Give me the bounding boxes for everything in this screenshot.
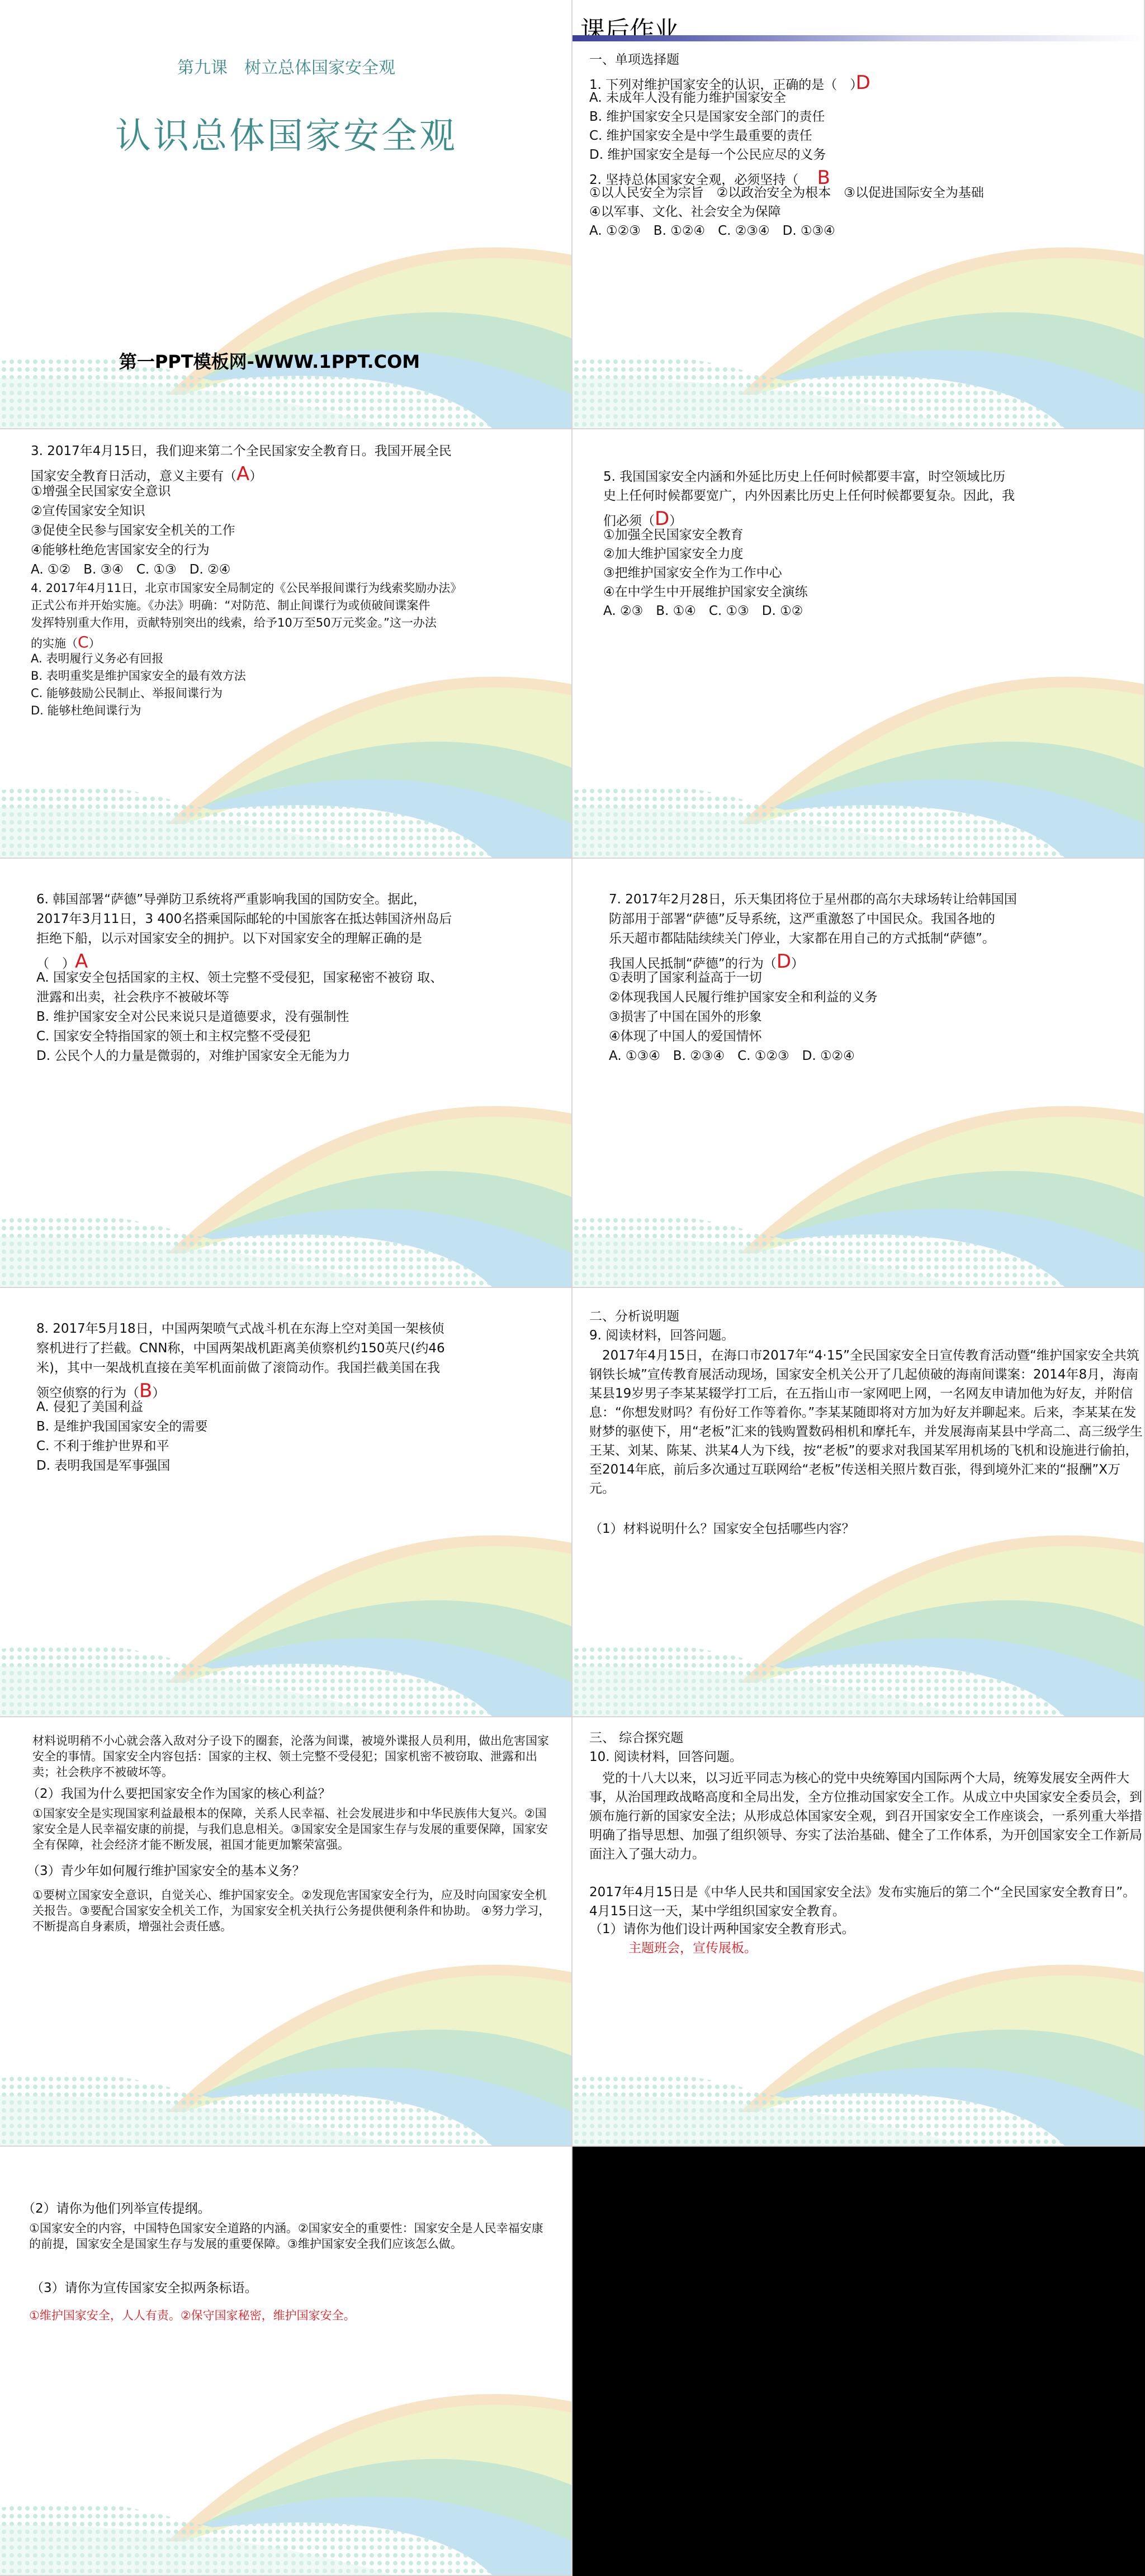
answer-1: 材料说明稍不小心就会落入敌对分子设下的圈套，沦落为间谍，被境外谍报人员利用，做出… [32,1733,558,1780]
answer-mark: D [856,72,870,94]
answer-2: ①国家安全的内容，中国特色国家安全道路的内涵。②国家安全的重要性：国家安全是人民… [29,2220,555,2252]
question-7-line-4: 我国人民抵制“萨德”的行为（D） [609,950,804,973]
slide-q9-answers[interactable]: 材料说明稍不小心就会落入敌对分子设下的圈套，沦落为间谍，被境外谍报人员利用，做出… [0,1717,572,2147]
option-c: C. 维护国家安全是中学生最重要的责任 [589,129,812,144]
question-stem: 国家安全教育日活动，意义主要有（ [31,469,236,484]
statement-2: ②宣传国家安全知识 [31,504,145,519]
question-stem: 领空侦察的行为（ [36,1386,139,1400]
slide-q10-material[interactable]: 三、 综合探究题 10. 阅读材料，回答问题。 党的十八大以来，以习近平同志为核… [572,1717,1145,2147]
reading-material: 2017年4月15日，在海口市2017年“4·15”全民国家安全日宣传教育活动暨… [589,1346,1143,1498]
answer-3: ①要树立国家安全意识，自觉关心、维护国家安全。②发现危害国家安全行为，应及时向国… [32,1887,558,1934]
paren-close: ） [89,637,101,650]
answer-mark: B [139,1380,152,1402]
slide-q5[interactable]: 5. 我国国家安全内涵和外延比历史上任何时候都要丰富，时空领域比历 史上任何时候… [572,429,1145,859]
sub-question-2: （2）请你为他们列举宣传提纲。 [22,2201,211,2217]
question-stem: （ ） [36,956,75,971]
question-7-line-1: 7. 2017年2月28日，乐天集团将位于星州郡的高尔夫球场转让给韩国国 [609,892,1017,908]
statement-3: ③损害了中国在国外的形象 [609,1010,762,1025]
option-a: A. 侵犯了美国利益 [36,1400,143,1415]
question-stem: 的实施（ [31,637,78,650]
option-a: A. 未成年人没有能力维护国家安全 [589,91,786,106]
question-7-line-2: 防部用于部署“萨德”反导系统，这严重激怒了中国民众。我国各地的 [609,912,995,927]
answer-mark: D [777,950,791,973]
question-4-line-2: 正式公布并开始实施。《办法》明确：“对防范、制止间谍行为或侦破间谍案件 [31,599,430,613]
question-10-title: 10. 阅读材料，回答问题。 [589,1750,742,1765]
choices: A. ①② B. ③④ C. ①③ D. ②④ [31,562,230,578]
question-3-line-1: 3. 2017年4月15日，我们迎来第二个全民国家安全教育日。我国开展全民 [31,444,452,460]
option-d: D. 能够杜绝间谍行为 [31,704,141,718]
question-stem: 我国人民抵制“萨德”的行为（ [609,956,777,971]
choices: A. ②③ B. ①④ C. ①③ D. ①② [603,604,803,619]
statement-4: ④体现了中国人的爱国情怀 [609,1029,762,1045]
statement-4: ④以军事、文化、社会安全为保障 [589,205,781,220]
question-stem: 们必须（ [603,514,655,528]
reading-material-2: 2017年4月15日是《中华人民共和国国家安全法》发布实施后的第二个“全民国家安… [589,1883,1143,1921]
slide-homework-q1-q2[interactable]: 课后作业 一、单项选择题 1. 下列对维护国家安全的认识，正确的是（ ） D A… [572,0,1145,429]
statement-1: ①增强全民国家安全意识 [31,484,171,500]
paren-close: ） [152,1386,165,1400]
question-3-line-2: 国家安全教育日活动，意义主要有（A） [31,463,262,486]
sub-question-3: （3）请你为宣传国家安全拟两条标语。 [31,2281,258,2296]
option-d: D. 表明我国是军事强国 [36,1459,170,1474]
statement-4: ④能够杜绝危害国家安全的行为 [31,543,210,558]
question-5-line-2: 史上任何时候都要宽广，内外因素比历史上任何时候都要复杂。因此，我 [603,489,1015,504]
question-4-line-4: 的实施（C） [31,633,101,652]
empty-cell [572,2147,1145,2576]
answer-mark: C [78,633,89,651]
option-a: A. 表明履行义务必有回报 [31,652,163,666]
statement-3: ③把维护国家安全作为工作中心 [603,566,782,581]
slide-q3-q4[interactable]: 3. 2017年4月15日，我们迎来第二个全民国家安全教育日。我国开展全民 国家… [0,429,572,859]
paren-close: ） [249,469,262,484]
cover-title: 认识总体国家安全观 [0,107,572,159]
slide-q7[interactable]: 7. 2017年2月28日，乐天集团将位于星州郡的高尔夫球场转让给韩国国 防部用… [572,859,1145,1288]
option-b: B. 是维护我国国家安全的需要 [36,1419,207,1435]
paren-close: ） [791,956,804,971]
sub-question-1: （1）材料说明什么？国家安全包括哪些内容？ [589,1522,855,1537]
answer-mark: A [236,463,249,485]
question-8-line-3: 米)，其中一架战机直接在美军机面前做了滚筒动作。我国拦截美国在我 [36,1361,440,1376]
choices: A. ①③④ B. ②③④ C. ①②③ D. ①②④ [609,1049,855,1064]
slide-q10-answers[interactable]: （2）请你为他们列举宣传提纲。 ①国家安全的内容，中国特色国家安全道路的内涵。②… [0,2147,572,2576]
option-c: C. 国家安全特指国家的领土和主权完整不受侵犯 [36,1029,311,1045]
header-gradient-bar [572,35,1145,41]
question-6-line-4: （ ）A [36,950,88,973]
statement-1: ①表明了国家利益高于一切 [609,970,762,986]
statement-2: ②体现我国人民履行维护国家安全和利益的义务 [609,990,878,1006]
slide-q8[interactable]: 8. 2017年5月18日，中国两架喷气式战斗机在东海上空对美国一架核侦 察机进… [0,1288,572,1717]
slide-q6[interactable]: 6. 韩国部署“萨德”导弹防卫系统将严重影响我国的国防安全。据此， 2017年3… [0,859,572,1288]
question-6-line-1: 6. 韩国部署“萨德”导弹防卫系统将严重影响我国的国防安全。据此， [36,892,426,908]
question-8-line-2: 察机进行了拦截。CNN称，中国两架战机距离美侦察机约150英尺(约46 [36,1341,445,1357]
question-9-title: 9. 阅读材料，回答问题。 [589,1328,734,1344]
slide-q9-material[interactable]: 二、分析说明题 9. 阅读材料，回答问题。 2017年4月15日，在海口市201… [572,1288,1145,1717]
slide-grid: 第九课 树立总体国家安全观 认识总体国家安全观 第一PPT模板网-WWW.1PP… [0,0,1145,2576]
section-heading: 一、单项选择题 [589,53,679,68]
statement-3: ③促使全民参与国家安全机关的工作 [31,523,235,539]
answer-3: ①维护国家安全，人人有责。②保守国家秘密，维护国家安全。 [29,2309,356,2323]
question-6-line-2: 2017年3月11日，3 400名搭乘国际邮轮的中国旅客在抵达韩国济州岛后 [36,912,452,927]
question-4-line-3: 发挥特别重大作用，贡献特别突出的线索，给予10万至50万元奖金。”这一办法 [31,616,437,630]
sub-question-3: （3）青少年如何履行维护国家安全的基本义务？ [27,1864,305,1879]
question-6-line-3: 拒绝下船，以示对国家安全的拥护。以下对国家安全的理解正确的是 [36,931,422,947]
question-8-line-1: 8. 2017年5月18日，中国两架喷气式战斗机在东海上空对美国一架核侦 [36,1322,444,1337]
statement-4: ④在中学生中开展维护国家安全演练 [603,585,808,600]
reading-material: 党的十八大以来，以习近平同志为核心的党中央统筹国内国际两个大局，统筹发展安全两件… [589,1769,1143,1864]
section-heading: 二、分析说明题 [589,1309,679,1325]
option-c: C. 不利于维护世界和平 [36,1439,169,1455]
question-5-line-3: 们必须（D） [603,508,682,531]
answer-mark: A [75,950,88,973]
question-5-line-1: 5. 我国国家安全内涵和外延比历史上任何时候都要丰富，时空领域比历 [603,470,1005,485]
option-d: D. 公民个人的力量是微弱的，对维护国家安全无能为力 [36,1049,350,1064]
statement-1: ①加强全民国家安全教育 [603,528,744,543]
option-b: B. 表明重奖是维护国家安全的最有效方法 [31,669,246,683]
paren-close: ） [669,514,682,528]
lesson-subtitle: 第九课 树立总体国家安全观 [0,54,572,78]
answer-1: 主题班会，宣传展板。 [628,1941,757,1957]
section-heading: 三、 综合探究题 [589,1731,683,1746]
choices: A. ①②③ B. ①②④ C. ②③④ D. ①③④ [589,224,835,239]
option-a-cont: 泄露和出卖，社会秩序不被破坏等 [36,990,229,1006]
sub-question-1: （1）请你为他们设计两种国家安全教育形式。 [589,1922,855,1938]
option-b: B. 维护国家安全对公民来说只是道德要求，没有强制性 [36,1010,349,1025]
answer-mark: D [655,508,669,530]
option-d: D. 维护国家安全是每一个公民应尽的义务 [589,148,826,163]
question-8-line-4: 领空侦察的行为（B） [36,1380,165,1403]
brand-watermark: 第一PPT模板网-WWW.1PPT.COM [0,348,572,373]
slide-cover[interactable]: 第九课 树立总体国家安全观 认识总体国家安全观 第一PPT模板网-WWW.1PP… [0,0,572,429]
option-a: A. 国家安全包括国家的主权、领土完整不受侵犯，国家秘密不被窃 取、 [36,970,443,986]
question-4-line-1: 4. 2017年4月11日，北京市国家安全局制定的《公民举报间谍行为线索奖励办法… [31,581,462,595]
question-7-line-3: 乐天超市都陆陆续续关门停业，大家都在用自己的方式抵制“萨德”。 [609,931,995,947]
sub-question-2: （2）我国为什么要把国家安全作为国家的核心利益？ [27,1787,331,1802]
option-b: B. 维护国家安全只是国家安全部门的责任 [589,110,825,125]
answer-2: ①国家安全是实现国家利益最根本的保障，关系人民幸福、社会发展进步和中华民族伟大复… [32,1806,558,1853]
statement-2: ②加大维护国家安全力度 [603,547,744,562]
statement-1-3: ①以人民安全为宗旨 ②以政治安全为根本 ③以促进国际安全为基础 [589,186,984,201]
option-c: C. 能够鼓励公民制止、举报间谍行为 [31,686,223,700]
